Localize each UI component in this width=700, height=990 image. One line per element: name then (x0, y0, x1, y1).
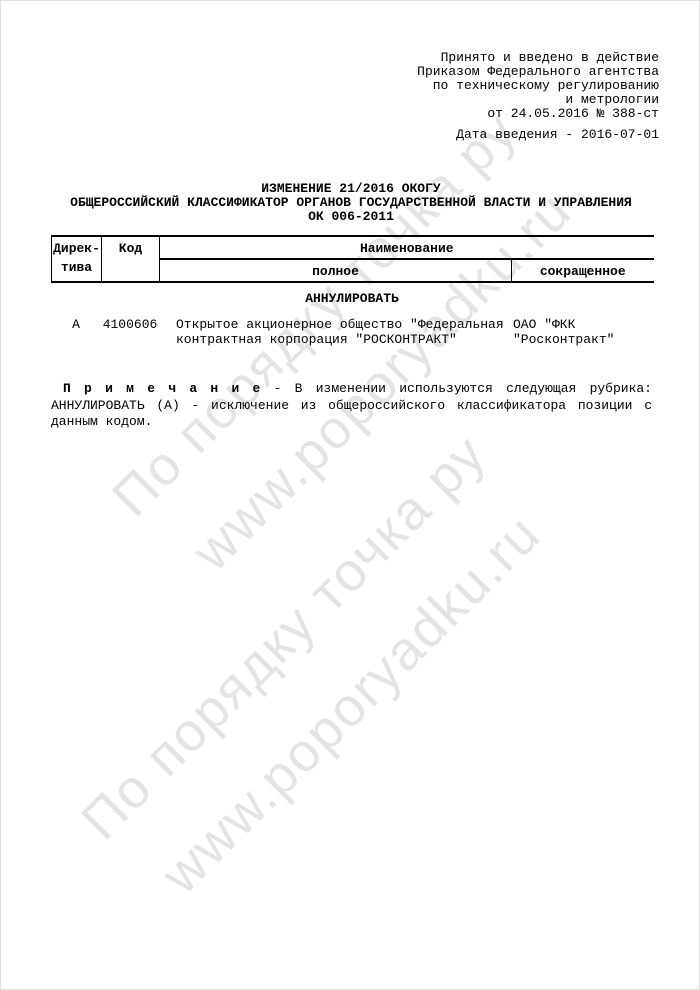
table-row: А 4100606 Открытое акционерное общество … (51, 317, 653, 347)
adoption-line: и метрологии (417, 93, 659, 107)
introduction-date: Дата введения - 2016-07-01 (456, 128, 659, 142)
short-name-line1: ОАО "ФКК (513, 317, 653, 332)
cell-directive: А (51, 317, 101, 347)
adoption-block: Принято и введено в действие Приказом Фе… (417, 51, 659, 121)
short-name-line2: "Росконтракт" (513, 332, 653, 347)
adoption-line: Приказом Федерального агентства (417, 65, 659, 79)
cell-code: 4100606 (101, 317, 159, 347)
document-page: По порядку точка ру www.poporyadku.ru По… (0, 0, 700, 990)
watermark-url-line: www.poporyadku.ru (106, 459, 597, 950)
section-heading-annul: АННУЛИРОВАТЬ (51, 291, 653, 306)
full-name-line2: контрактная корпорация "РОСКОНТРАКТ" (176, 332, 511, 347)
header-cell-code: Код (102, 236, 160, 282)
header-cell-short: сокращенное (512, 259, 654, 282)
cell-short-name: ОАО "ФКК "Росконтракт" (511, 317, 653, 347)
adoption-line: от 24.05.2016 № 388-ст (417, 107, 659, 121)
title-line-change-number: ИЗМЕНЕНИЕ 21/2016 ОКОГУ (1, 182, 700, 196)
header-cell-name: Наименование (160, 236, 654, 259)
title-line-code: ОК 006-2011 (1, 210, 700, 224)
document-title: ИЗМЕНЕНИЕ 21/2016 ОКОГУ ОБЩЕРОССИЙСКИЙ К… (1, 182, 700, 224)
full-name-line1: Открытое акционерное общество "Федеральн… (176, 317, 511, 332)
cell-full-name: Открытое акционерное общество "Федеральн… (159, 317, 511, 347)
header-cell-full: полное (160, 259, 512, 282)
watermark-bottom: По порядку точка ру www.poporyadku.ru (39, 392, 598, 951)
header-directive-line2: тива (61, 260, 92, 275)
watermark-text-line1: По порядку точка ру (39, 392, 530, 883)
watermark-top: По порядку точка ру www.poporyadku.ru (70, 69, 629, 628)
note-paragraph: П р и м е ч а н и е - В изменении исполь… (51, 381, 652, 431)
watermark-text-line1: По порядку точка ру (70, 69, 561, 560)
header-cell-directive: Дирек-тива (52, 236, 102, 282)
adoption-line: по техническому регулированию (417, 79, 659, 93)
note-label: П р и м е ч а н и е (63, 381, 260, 396)
title-line-classifier-name: ОБЩЕРОССИЙСКИЙ КЛАССИФИКАТОР ОРГАНОВ ГОС… (1, 196, 700, 210)
classifier-table-header: Дирек-тива Код Наименование полное сокра… (51, 235, 654, 283)
header-directive-line1: Дирек- (53, 241, 100, 256)
adoption-line: Принято и введено в действие (417, 51, 659, 65)
